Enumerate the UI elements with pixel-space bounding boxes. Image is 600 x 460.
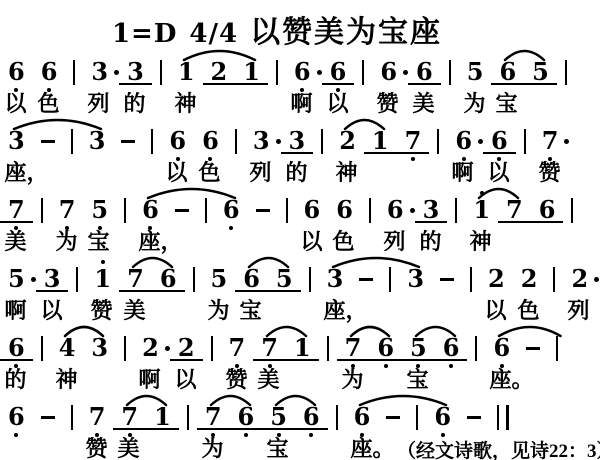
note-digit: 3 [289,128,306,154]
slur-tie-arc [331,255,421,269]
note: 2 [488,266,505,292]
eighth-underline [295,428,328,430]
note-digit: 7 [121,404,138,430]
note-digit: 3 [327,266,344,292]
note-digit: 6 [416,59,433,85]
note-digit: 1 [372,128,389,154]
note-digit: 5 [8,266,25,292]
barline [160,59,162,85]
note-digit: 6 [380,59,397,85]
note: 7 [59,197,76,223]
note: 6 [493,335,510,361]
note: 6 [539,197,556,223]
duration-dash [526,335,540,361]
eighth-underline [397,152,430,154]
barline [389,266,391,292]
note-digit: 6 [160,266,177,292]
barline [41,197,43,223]
note: 7 [229,335,246,361]
note-digit: 3 [127,59,144,85]
note-digit: 6 [377,335,394,361]
note: 6 [238,404,255,430]
note: 3 [327,266,344,292]
lyric-syllable: 座， [324,294,368,325]
barline [71,128,73,154]
note-digit: 6 [387,197,404,223]
note: 6 [223,197,240,223]
note-digit: 3 [8,128,25,154]
note: 5 [410,335,427,361]
barline [556,335,558,361]
eighth-underline [337,359,370,361]
slur-tie-arc [503,48,546,62]
eighth-underline [435,359,468,361]
lyric-syllable: 色 [199,156,221,187]
note-digit: 2 [211,59,228,85]
system-4: 5317656533222啊以赞美为宝座，以色列 [8,254,600,323]
note-digit: 2 [339,128,356,154]
note: 6 [380,59,397,85]
barline [276,59,278,85]
note: 5 [270,404,287,430]
duration-dash [359,266,373,292]
barline [151,128,153,154]
note: 7 [345,335,362,361]
note: 5 [276,266,293,292]
barline [336,404,338,430]
note: 2 [339,128,356,154]
note: 3 [127,59,144,85]
note-digit: 5 [91,197,108,223]
note: 7 [542,128,559,154]
note-digit: 7 [8,197,25,223]
eighth-underline [498,221,531,223]
note: 1 [94,266,111,292]
eighth-underline [113,428,146,430]
note: 1 [243,59,260,85]
eighth-underline [364,152,397,154]
slur-tie-arc [497,324,563,338]
lyric-syllable: 列 [384,225,406,256]
slur-tie-arc [125,393,168,407]
note: 7 [261,335,278,361]
note: 6 [491,128,508,154]
lyric-syllable: 列 [568,294,590,325]
system-2: 336633217667座，以色列的神啊以赞 [8,116,600,185]
barline [235,128,237,154]
eighth-underline [483,152,516,154]
augmentation-dot [564,128,569,154]
duration-dash [440,266,454,292]
lyric-syllable: 以 [166,156,188,187]
note-digit: 1 [294,335,311,361]
barline [455,197,457,223]
note: 7 [506,197,523,223]
note: 1 [372,128,389,154]
note-digit: 6 [354,404,371,430]
lyric-syllable: 座， [139,225,183,256]
low-octave-dot [244,433,248,437]
lyric-syllable: 以 [301,225,323,256]
eighth-underline [524,83,557,85]
lyric-syllable: 赞 [91,294,113,325]
note: 3 [289,128,306,154]
note-digit: 2 [178,335,195,361]
note-digit: 1 [154,404,171,430]
augmentation-dot [114,59,119,85]
note: 6 [434,404,451,430]
note: 3 [91,59,108,85]
slur-tie-arc [182,48,257,62]
note: 7 [205,404,222,430]
note-digit: 3 [44,266,61,292]
lyric-syllable: 为 [202,432,224,460]
sheet-music-page: 1=D 4/4 以赞美为宝座 66331216666565以色列的神啊以赞美为宝… [0,0,600,460]
note-digit: 1 [178,59,195,85]
note: 6 [499,59,516,85]
note-digit: 3 [91,59,108,85]
lyric-syllable: 神 [336,156,358,187]
note: 6 [377,335,394,361]
note-digit: 6 [304,197,321,223]
lyric-syllable: 赞 [226,363,248,394]
low-octave-dot [229,226,233,230]
lyric-syllable: 宝 [267,432,289,460]
note-digit: 3 [407,266,424,292]
note-digit: 1 [243,59,260,85]
note-digit: 6 [330,59,347,85]
eighth-underline [253,359,286,361]
barline [475,335,477,361]
note-digit: 6 [434,404,451,430]
low-octave-dot [309,433,313,437]
note-digit: 3 [253,128,270,154]
key-signature: 1=D [112,19,177,49]
note-digit: 7 [205,404,222,430]
note-digit: 7 [542,128,559,154]
lyric-syllable: 座， [5,156,49,187]
slur-tie-arc [343,117,386,131]
note: 5 [467,59,484,85]
note: 5 [8,266,25,292]
eighth-underline [369,359,402,361]
note: 3 [407,266,424,292]
note: 6 [455,128,472,154]
lyric-syllable: 色 [518,294,540,325]
eighth-underline [0,221,33,223]
eighth-underline [322,83,355,85]
lyric-syllable: 座。 [351,432,395,460]
note-digit: 7 [59,197,76,223]
duration-dash [386,404,400,430]
note-digit: 7 [506,197,523,223]
note-digit: 5 [467,59,484,85]
note: 6 [387,197,404,223]
lyric-syllable: 的 [286,156,308,187]
eighth-underline [119,83,152,85]
note-digit: 2 [521,266,538,292]
barline [73,59,75,85]
barline [362,59,364,85]
note: 6 [330,59,347,85]
note: 7 [8,197,25,223]
barline [524,128,526,154]
note: 6 [294,59,311,85]
lyric-syllable: 赞 [539,156,561,187]
lyric-syllable: 神 [56,363,78,394]
slur-tie-arc [477,186,520,200]
lyric-syllable: 宝 [240,294,262,325]
low-octave-dot [411,157,415,161]
lyric-syllable: 以 [41,294,63,325]
lyric-syllable: 座。 [490,363,534,394]
scripture-reference: （经文诗歌，见诗22：3） [397,436,600,460]
lyric-syllable: 的 [124,87,146,118]
barline [309,266,311,292]
note-digit: 7 [345,335,362,361]
lyric-syllable: 的 [420,225,442,256]
lyric-syllable: 啊 [291,87,313,118]
lyric-syllable: 神 [470,225,492,256]
note-digit: 7 [127,266,144,292]
note: 6 [243,266,260,292]
note-digit: 7 [405,128,422,154]
note: 6 [142,197,159,223]
score: 66331216666565以色列的神啊以赞美为宝336633217667座，以… [0,45,600,460]
note: 2 [142,335,159,361]
system-1: 66331216666565以色列的神啊以赞美为宝 [8,47,600,116]
lyric-syllable: 美 [5,225,27,256]
note: 6 [160,266,177,292]
low-octave-dot [384,364,388,368]
note: 2 [521,266,538,292]
eighth-underline [235,290,268,292]
note: 5 [532,59,549,85]
slur-tie-arc [63,324,105,338]
note-digit: 1 [94,266,111,292]
final-barline [497,404,509,430]
slur-tie-arc [274,393,317,407]
duration-dash [41,404,55,430]
lyric-syllable: 以 [485,294,507,325]
lyric-syllable: 以 [327,87,349,118]
note: 3 [8,128,25,154]
note-digit: 3 [89,128,106,154]
barline [553,266,555,292]
note-digit: 7 [261,335,278,361]
note-digit: 5 [276,266,293,292]
lyric-syllable: 色 [38,87,60,118]
augmentation-dot [478,128,483,154]
note-digit: 6 [8,335,25,361]
barline [565,59,567,85]
note-digit: 1 [473,197,490,223]
note-digit: 6 [41,59,58,85]
eighth-underline [146,428,179,430]
system-6: 6771765666赞美为宝座。（经文诗歌，见诗22：3） [8,392,600,460]
eighth-underline [235,83,268,85]
note-digit: 6 [202,128,219,154]
note-digit: 6 [336,197,353,223]
barline [321,128,323,154]
note: 3 [91,335,108,361]
barline [571,197,573,223]
note: 2 [178,335,195,361]
augmentation-dot [31,266,36,292]
duration-dash [175,197,189,223]
lyric-syllable: 赞 [377,87,399,118]
lyric-syllable: 为 [56,225,78,256]
eighth-underline [0,359,33,361]
augmentation-dot [317,59,322,85]
note-digit: 7 [229,335,246,361]
note: 3 [44,266,61,292]
lyric-syllable: 为 [464,87,486,118]
note-digit: 6 [491,128,508,154]
note: 5 [211,266,228,292]
lyric-syllable: 美 [118,432,140,460]
augmentation-dot [165,335,170,361]
high-octave-dot [101,260,105,264]
note: 6 [354,404,371,430]
note-digit: 3 [91,335,108,361]
note: 6 [8,335,25,361]
note: 6 [304,197,321,223]
eighth-underline [197,428,230,430]
note: 1 [294,335,311,361]
note-digit: 6 [8,59,25,85]
note-digit: 3 [423,197,440,223]
slur-tie-arc [414,324,457,338]
note: 6 [416,59,433,85]
slur-tie-arc [131,255,174,269]
augmentation-dot [276,128,281,154]
barline [369,197,371,223]
note-digit: 2 [142,335,159,361]
slur-tie-arc [349,324,391,338]
lyric-syllable: 啊 [452,156,474,187]
note: 3 [253,128,270,154]
lyric-syllable: 为 [342,363,364,394]
note-digit: 7 [89,404,106,430]
song-title: 以赞美为宝座 [250,7,442,51]
note: 1 [178,59,195,85]
note-digit: 2 [488,266,505,292]
note: 2 [211,59,228,85]
low-octave-dot [449,364,453,368]
note-digit: 6 [169,128,186,154]
duration-dash [256,197,270,223]
augmentation-dot [410,197,415,223]
note: 3 [89,128,106,154]
slur-tie-arc [265,324,308,338]
note-digit: 6 [142,197,159,223]
barline [41,335,43,361]
note: 4 [59,335,76,361]
note: 6 [41,59,58,85]
note: 7 [89,404,106,430]
note-digit: 5 [532,59,549,85]
note: 7 [405,128,422,154]
note: 6 [336,197,353,223]
note-digit: 6 [493,335,510,361]
barline [76,266,78,292]
note: 2 [571,266,588,292]
duration-dash [121,128,135,154]
note: 6 [443,335,460,361]
barline [187,404,189,430]
time-signature: 4/4 [189,19,238,49]
barline [205,197,207,223]
note-digit: 6 [443,335,460,361]
notes-row: 5317656533222 [8,254,600,292]
note: 7 [127,266,144,292]
slur-tie-arc [146,186,237,200]
note: 6 [303,404,320,430]
barline [211,335,213,361]
eighth-underline [281,152,314,154]
lyric-syllable: 的 [5,363,27,394]
note-digit: 6 [8,404,25,430]
duration-dash [41,128,55,154]
barline [286,197,288,223]
note: 6 [8,404,25,430]
barline [124,335,126,361]
note: 5 [91,197,108,223]
note: 3 [423,197,440,223]
barline [449,59,451,85]
system-5: 6432277176566的神啊以赞美为宝座。 [8,323,600,392]
lyric-syllable: 啊 [5,294,27,325]
eighth-underline [152,290,185,292]
note: 6 [169,128,186,154]
note-digit: 5 [211,266,228,292]
lyric-syllable: 列 [250,156,272,187]
note-digit: 4 [59,335,76,361]
eighth-underline [402,359,435,361]
note: 1 [473,197,490,223]
eighth-underline [491,83,524,85]
barline [124,197,126,223]
barline [193,266,195,292]
lyric-syllable: 美 [413,87,435,118]
lyric-syllable: 为 [208,294,230,325]
low-octave-dot [14,433,18,437]
eighth-underline [268,290,301,292]
eighth-underline [286,359,319,361]
header: 1=D 4/4 以赞美为宝座 [0,0,600,45]
note-digit: 2 [571,266,588,292]
note-digit: 6 [294,59,311,85]
augmentation-dot [403,59,408,85]
lyric-syllable: 神 [175,87,197,118]
note-digit: 6 [455,128,472,154]
lyric-syllable: 宝 [496,87,518,118]
note: 7 [121,404,138,430]
lyric-syllable: 以 [5,87,27,118]
lyric-syllable: 以 [488,156,510,187]
lyric-syllable: 美 [124,294,146,325]
note-digit: 6 [243,266,260,292]
lyric-syllable: 美 [258,363,280,394]
lyric-syllable: 赞 [86,432,108,460]
note-digit: 6 [303,404,320,430]
note-digit: 6 [238,404,255,430]
eighth-underline [36,290,69,292]
note: 6 [202,128,219,154]
eighth-underline [203,83,236,85]
barline [327,335,329,361]
